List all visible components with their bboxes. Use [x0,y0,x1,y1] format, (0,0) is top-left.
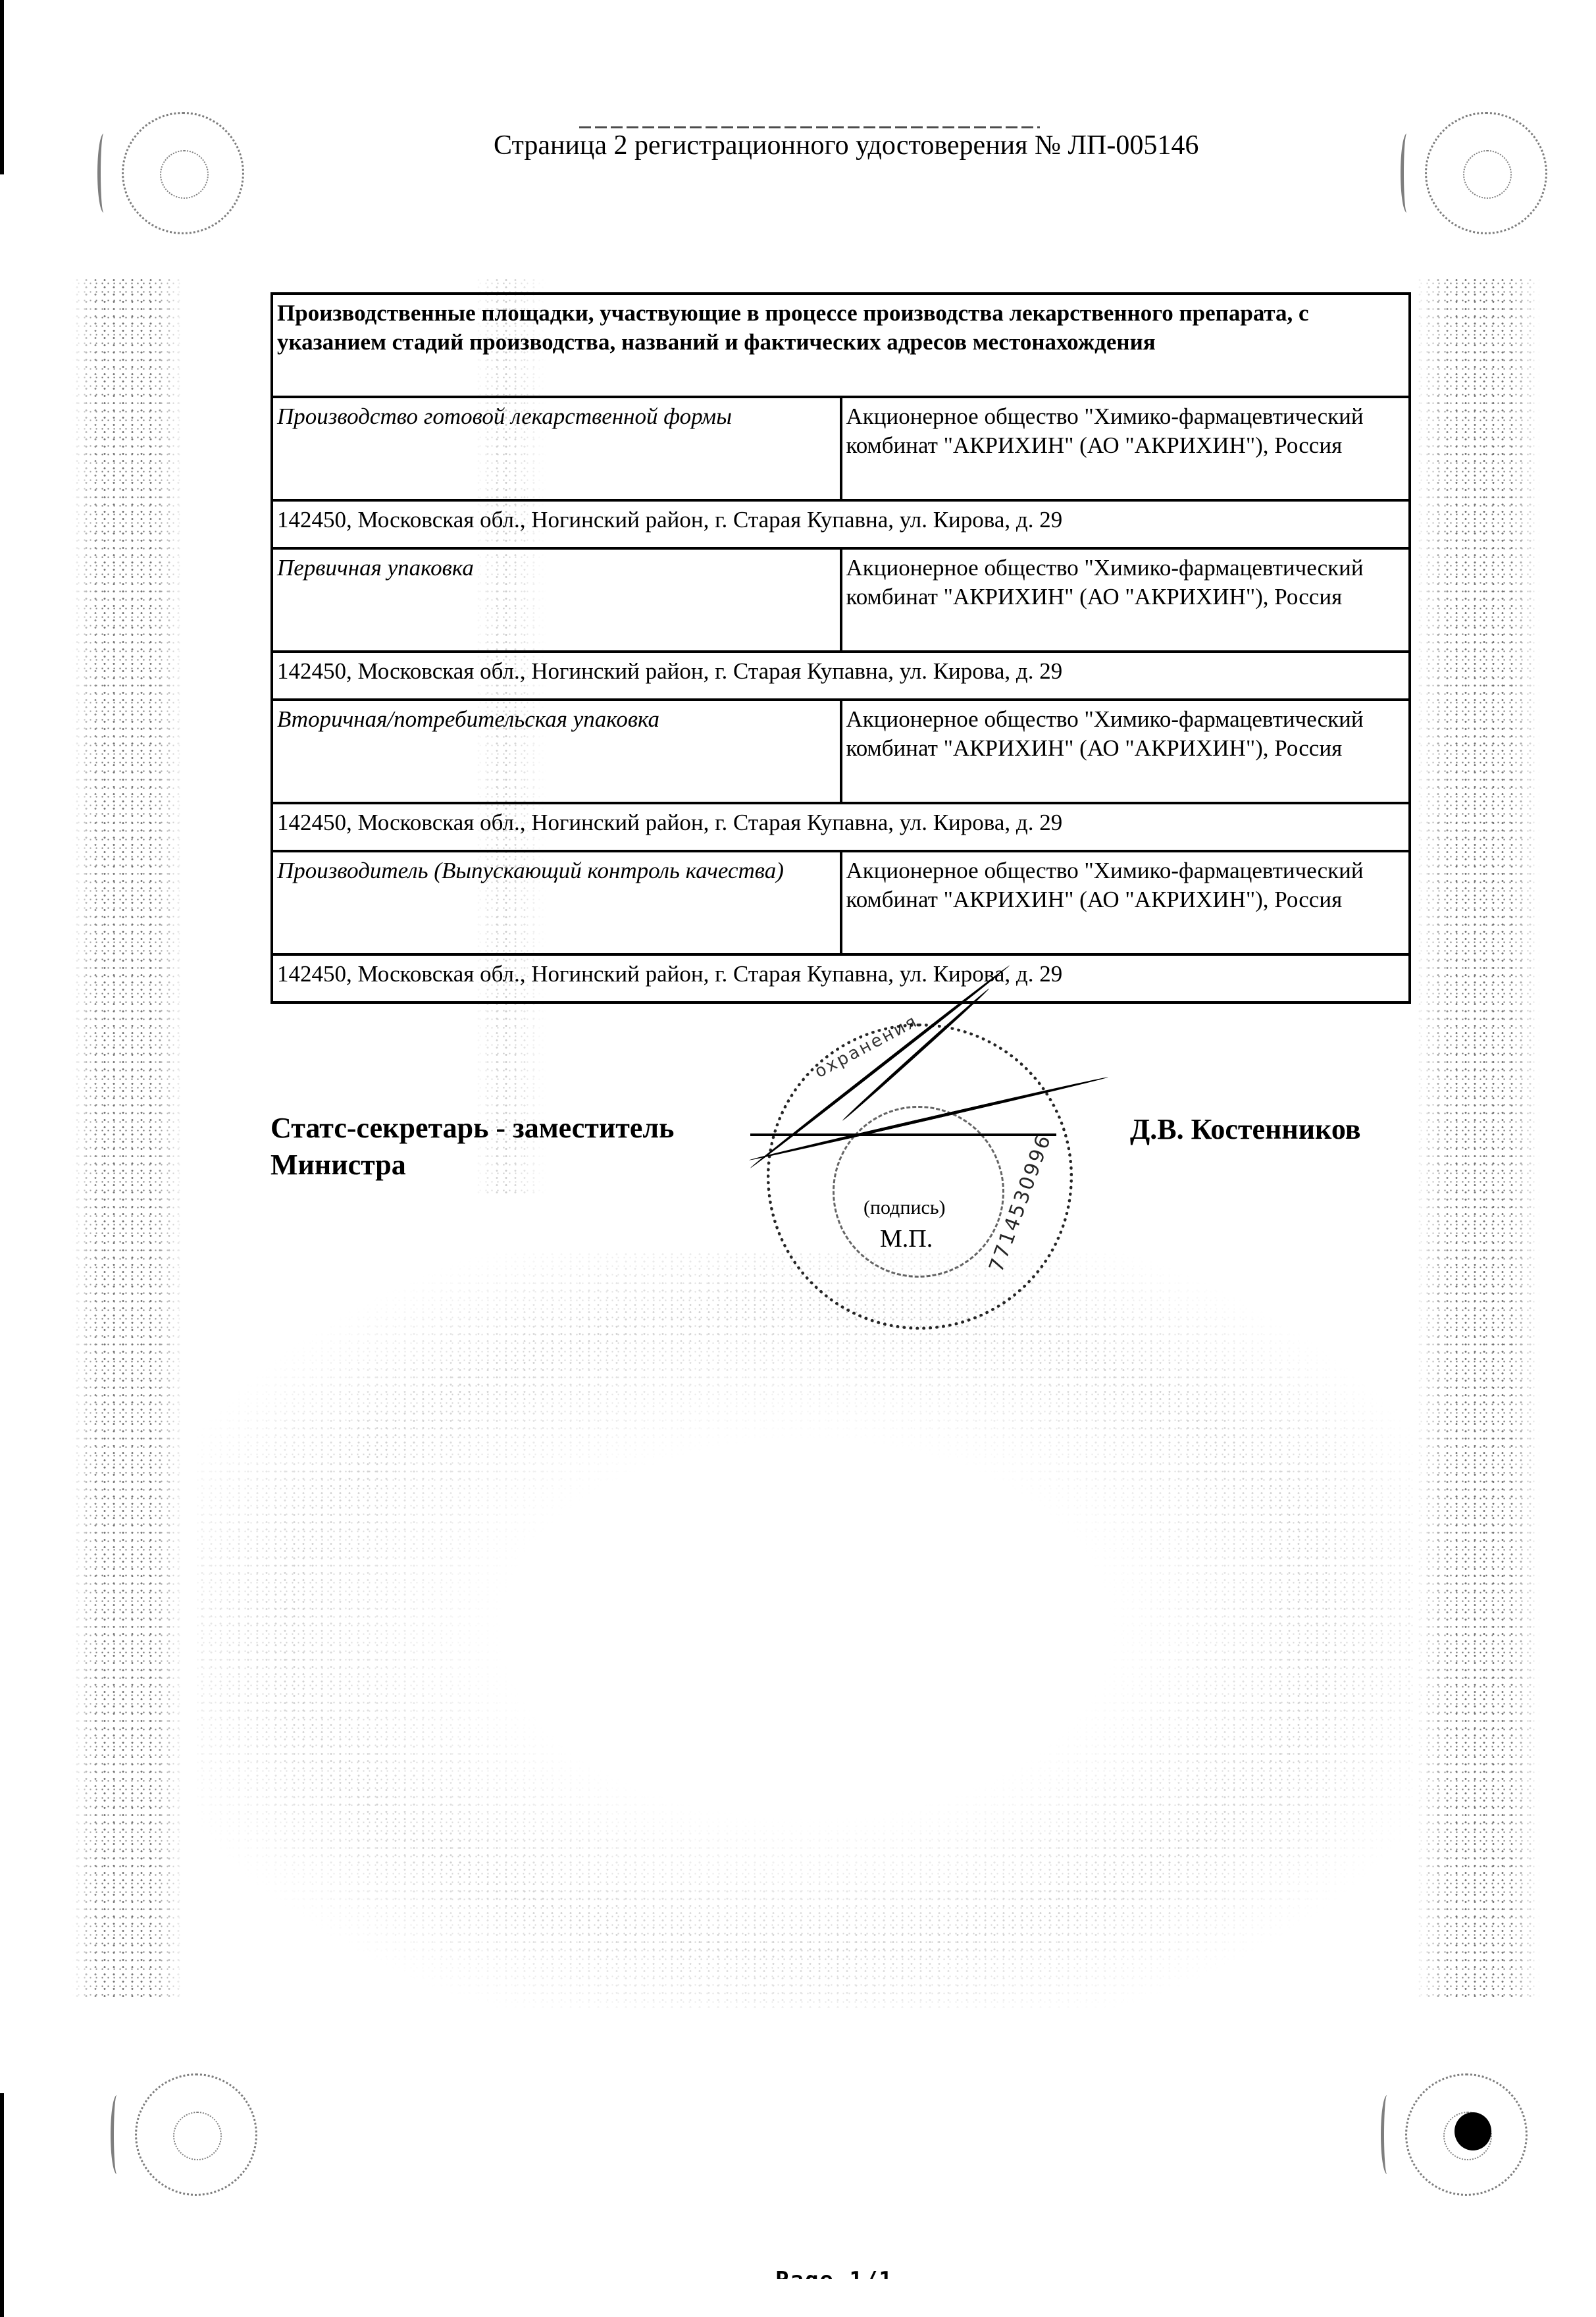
organization-cell: Акционерное общество "Химико-фармацевтич… [841,397,1410,500]
table-row: Производство готовой лекарственной формы… [272,397,1410,500]
table-row: 142450, Московская обл., Ногинский район… [272,500,1410,548]
security-pattern-right [1415,276,1540,2001]
organization-cell: Акционерное общество "Химико-фармацевтич… [841,700,1410,803]
header-rule [579,126,1040,128]
table-row: 142450, Московская обл., Ногинский район… [272,803,1410,851]
table-row: 142450, Московская обл., Ногинский район… [272,652,1410,700]
signer-position: Статс-секретарь - заместитель Министра [270,1110,674,1184]
organization-cell: Акционерное общество "Химико-фармацевтич… [841,851,1410,954]
signer-position-line1: Статс-секретарь - заместитель [270,1110,674,1147]
table-header-row: Производственные площадки, участвующие в… [272,294,1410,397]
stage-cell: Первичная упаковка [272,548,841,652]
page-title: Страница 2 регистрационного удостоверени… [494,129,1250,162]
table-row: Производитель (Выпускающий контроль каче… [272,851,1410,954]
stage-cell: Производитель (Выпускающий контроль каче… [272,851,841,954]
security-pattern-wave [197,1251,1415,2008]
guilloche-rosette-icon [135,2073,257,2196]
scan-edge-bar [0,2093,4,2317]
table-row: Первичная упаковка Акционерное общество … [272,548,1410,652]
guilloche-rosette-icon [122,112,244,234]
registration-dot-icon [1454,2112,1491,2150]
address-cell: 142450, Московская обл., Ногинский район… [272,500,1410,548]
table-row: Вторичная/потребительская упаковка Акцио… [272,700,1410,803]
address-cell: 142450, Московская обл., Ногинский район… [272,652,1410,700]
scan-edge-bar [0,0,4,174]
table-header: Производственные площадки, участвующие в… [272,294,1410,397]
seal-caption: М.П. [880,1224,933,1253]
signer-name: Д.В. Костенников [1130,1111,1361,1148]
stage-cell: Вторичная/потребительская упаковка [272,700,841,803]
organization-cell: Акционерное общество "Химико-фармацевтич… [841,548,1410,652]
guilloche-rosette-icon [1425,112,1547,234]
table-row: 142450, Московская обл., Ногинский район… [272,954,1410,1002]
signature-line [750,1133,1056,1136]
signature-caption: (подпись) [863,1197,946,1219]
security-pattern-left [72,276,184,2001]
address-cell: 142450, Московская обл., Ногинский район… [272,803,1410,851]
page-counter: Page 1/1 [775,2264,894,2279]
signer-position-line2: Министра [270,1147,674,1184]
production-sites-table: Производственные площадки, участвующие в… [270,292,1411,1004]
address-cell: 142450, Московская обл., Ногинский район… [272,954,1410,1002]
stage-cell: Производство готовой лекарственной формы [272,397,841,500]
